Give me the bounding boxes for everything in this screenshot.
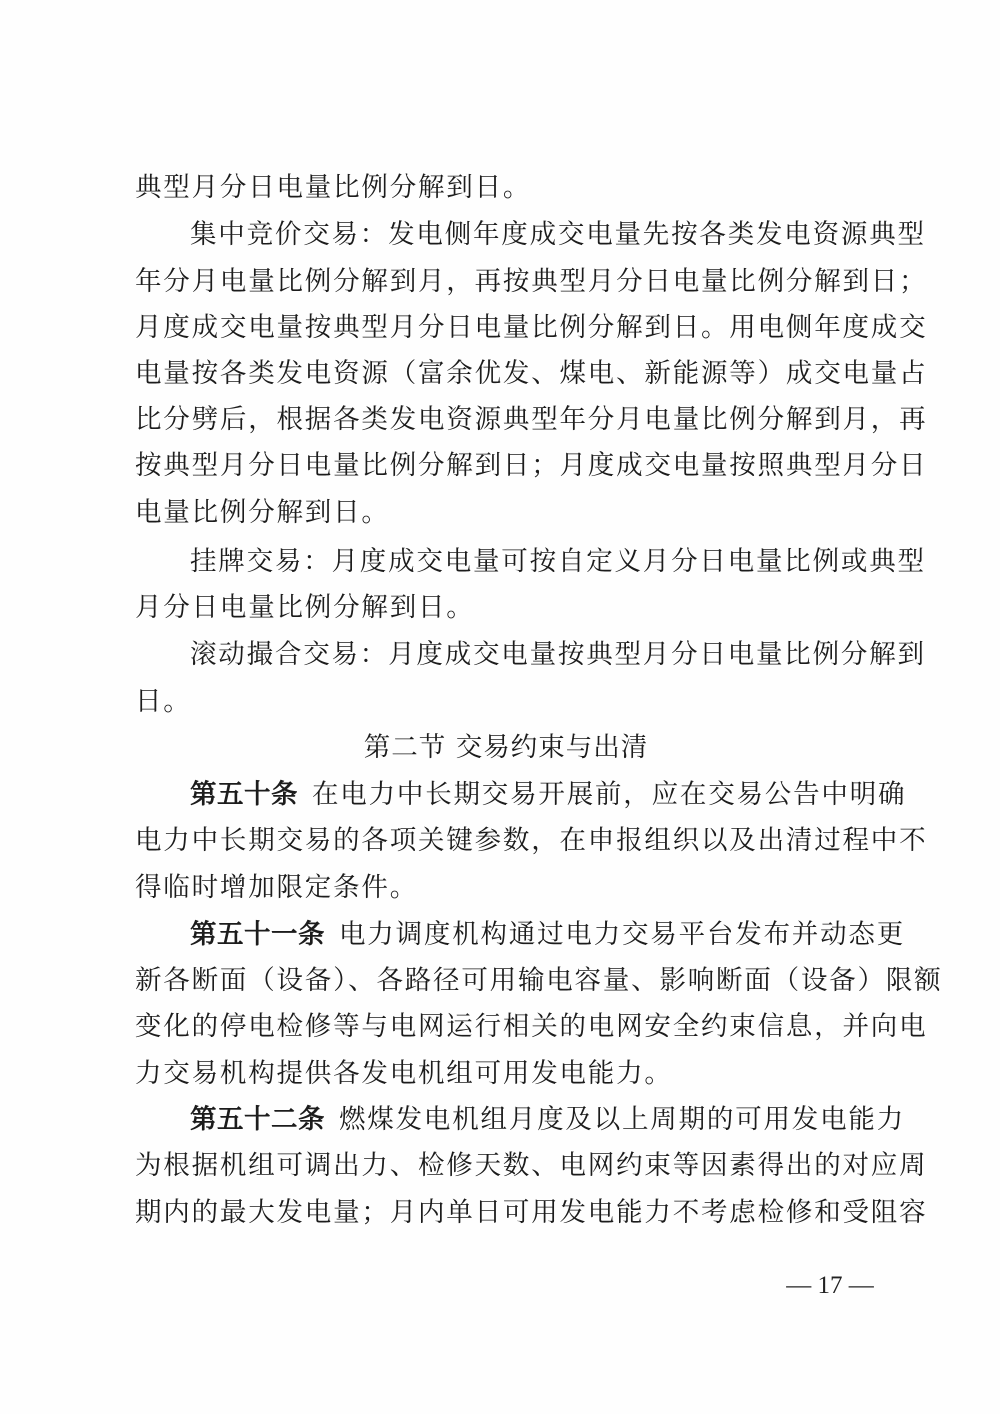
- paragraph-line: 集中竞价交易：发电侧年度成交电量先按各类发电资源典型: [190, 213, 877, 257]
- article-text: 在电力中长期交易开展前，应在交易公告中明确: [312, 779, 906, 810]
- paragraph-line: 挂牌交易：月度成交电量可按自定义月分日电量比例或典型: [190, 540, 877, 584]
- document-page: 典型月分日电量比例分解到日。 集中竞价交易：发电侧年度成交电量先按各类发电资源典…: [0, 0, 1000, 1414]
- paragraph-line: 日。: [135, 680, 877, 724]
- paragraph-line: 滚动撮合交易：月度成交电量按典型月分日电量比例分解到: [190, 633, 877, 677]
- paragraph-line: 月分日电量比例分解到日。: [135, 586, 877, 630]
- article-label: 第五十二条: [190, 1104, 325, 1135]
- article-51-line: 变化的停电检修等与电网运行相关的电网安全约束信息，并向电: [135, 1005, 877, 1049]
- page-number: — 17 —: [780, 1266, 880, 1306]
- article-text: 电力调度机构通过电力交易平台发布并动态更: [339, 919, 905, 950]
- article-label: 第五十一条: [190, 919, 325, 950]
- article-52-line: 期内的最大发电量；月内单日可用发电能力不考虑检修和受阻容: [135, 1191, 877, 1235]
- article-52-line: 第五十二条燃煤发电机组月度及以上周期的可用发电能力: [190, 1098, 877, 1142]
- article-51-line: 第五十一条电力调度机构通过电力交易平台发布并动态更: [190, 913, 877, 957]
- article-50-line: 得临时增加限定条件。: [135, 866, 877, 910]
- paragraph-line: 比分劈后，根据各类发电资源典型年分月电量比例分解到月，再: [135, 398, 877, 442]
- article-50-line: 电力中长期交易的各项关键参数，在申报组织以及出清过程中不: [135, 819, 877, 863]
- paragraph-line: 电量按各类发电资源（富余优发、煤电、新能源等）成交电量占: [135, 352, 877, 396]
- paragraph-line: 按典型月分日电量比例分解到日；月度成交电量按照典型月分日: [135, 444, 877, 488]
- paragraph-line: 年分月电量比例分解到月，再按典型月分日电量比例分解到日；: [135, 260, 877, 304]
- paragraph-line: 月度成交电量按典型月分日电量比例分解到日。用电侧年度成交: [135, 306, 877, 350]
- article-52-line: 为根据机组可调出力、检修天数、电网约束等因素得出的对应周: [135, 1144, 877, 1188]
- article-51-line: 力交易机构提供各发电机组可用发电能力。: [135, 1052, 877, 1096]
- article-51-line: 新各断面（设备）、各路径可用输电容量、影响断面（设备）限额: [135, 959, 877, 1003]
- paragraph-line: 典型月分日电量比例分解到日。: [135, 166, 877, 210]
- article-text: 燃煤发电机组月度及以上周期的可用发电能力: [339, 1104, 905, 1135]
- section-heading: 第二节 交易约束与出清: [135, 726, 877, 770]
- article-50-line: 第五十条在电力中长期交易开展前，应在交易公告中明确: [190, 773, 877, 817]
- paragraph-line: 电量比例分解到日。: [135, 491, 877, 535]
- article-label: 第五十条: [190, 779, 298, 810]
